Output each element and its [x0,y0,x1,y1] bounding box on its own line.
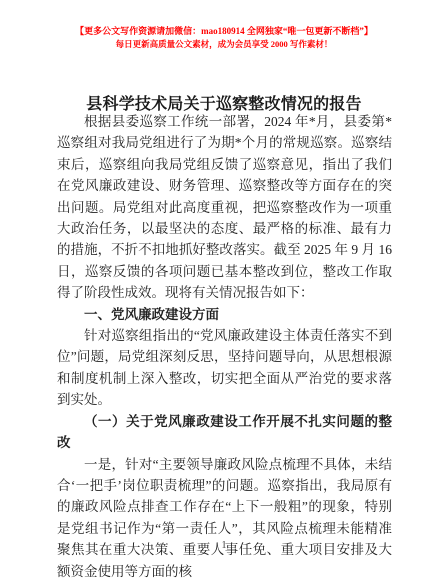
document-body: 根据县委巡察工作统一部署，2024 年*月，县委第*巡察组对我局党组进行了为期*… [57,111,392,580]
page-number: 1 [0,540,448,551]
paragraph-subsection-1-1: 一是，针对“主要领导廉政风险点梳理不具体，未结合‘一把手’岗位职责梳理”的问题。… [57,454,392,580]
section-heading-1: 一、党风廉政建设方面 [57,304,392,325]
promo-banner-line-2: 每日更新高质量公文素材，成为会员享受 2000 写作素材！ [0,39,448,50]
paragraph-intro: 根据县委巡察工作统一部署，2024 年*月，县委第*巡察组对我局党组进行了为期*… [57,111,392,304]
paragraph-section-1: 针对巡察组指出的“党风廉政建设主体责任落实不到位”问题，局党组深刻反思，坚持问题… [57,325,392,411]
subsection-heading-1-1: （一）关于党风廉政建设工作开展不扎实问题的整改 [57,411,392,454]
document-page: 【更多公文写作资源请加微信：mao180914 全网独家“唯一包更新不断档”】 … [0,0,448,580]
promo-banner-line-1: 【更多公文写作资源请加微信：mao180914 全网独家“唯一包更新不断档”】 [0,26,448,37]
